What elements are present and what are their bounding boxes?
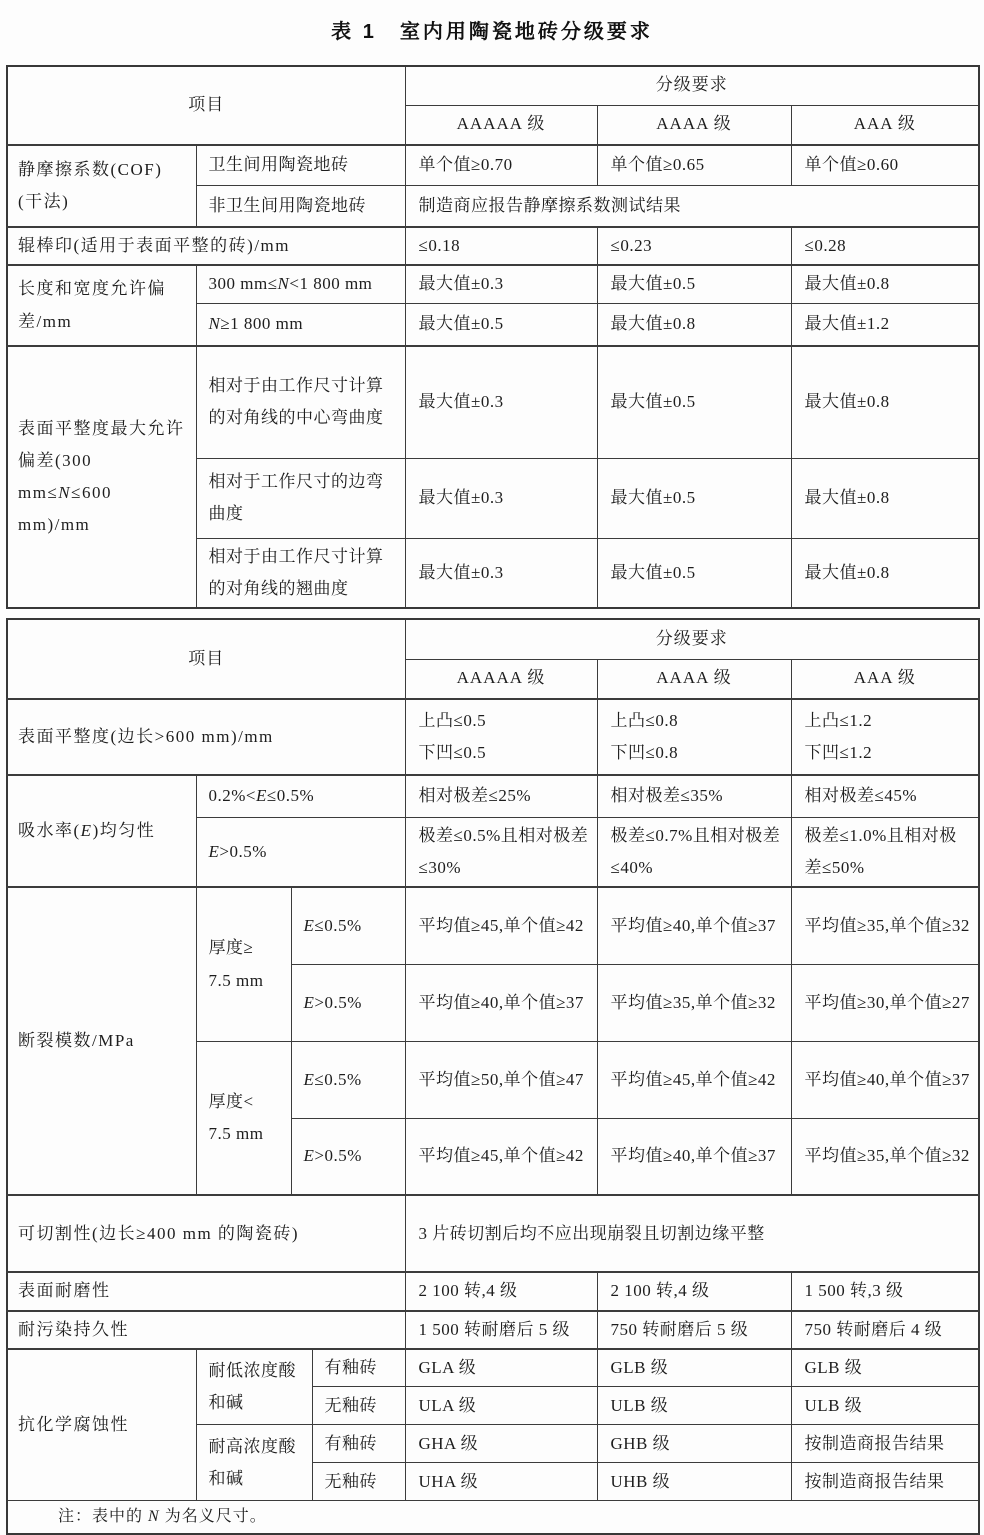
flatness-value-2-2: 最大值±0.8 — [791, 538, 979, 608]
roller-value-0: ≤0.18 — [405, 227, 597, 265]
abrasion-label: 表面耐磨性 — [7, 1272, 405, 1310]
dims-value-1-0: 最大值±0.5 — [405, 303, 597, 346]
modulus-sub-1-0: E≤0.5% — [291, 1041, 405, 1118]
absorption-label: 吸水率(E)均匀性 — [7, 775, 196, 887]
chemical-value-10-2: 按制造商报告结果 — [791, 1425, 979, 1463]
flatness-value-2-0: 最大值±0.3 — [405, 538, 597, 608]
chemical-sub-00: 有釉砖 — [312, 1349, 405, 1387]
table-2: 项目 分级要求 AAAAA 级 AAAA 级 AAA 级 表面平整度(边长>60… — [6, 618, 980, 1535]
chemical-value-01-2: ULB 级 — [791, 1387, 979, 1425]
chemical-value-01-1: ULB 级 — [597, 1387, 791, 1425]
chemical-value-11-1: UHB 级 — [597, 1463, 791, 1501]
chemical-value-11-2: 按制造商报告结果 — [791, 1463, 979, 1501]
table-note: 注：表中的 N 为名义尺寸。 — [7, 1501, 979, 1535]
modulus-label: 断裂模数/MPa — [7, 887, 196, 1195]
t1-header-grade-aaa: AAA 级 — [791, 105, 979, 145]
absorption-value-1-1: 极差≤0.7%且相对极差≤40% — [597, 817, 791, 887]
t1-header-grade-aaaa: AAAA 级 — [597, 105, 791, 145]
modulus-sub-1-1: E>0.5% — [291, 1118, 405, 1195]
flat600-value-0: 上凸≤0.5下凹≤0.5 — [405, 699, 597, 775]
roller-label: 辊棒印(适用于表面平整的砖)/mm — [7, 227, 405, 265]
flatness-value-1-0: 最大值±0.3 — [405, 458, 597, 538]
cof-value-0: 单个值≥0.70 — [405, 145, 597, 185]
modulus-value-00-1: 平均值≥40,单个值≥37 — [597, 887, 791, 964]
absorption-value-0-2: 相对极差≤45% — [791, 775, 979, 817]
flat600-value-1: 上凸≤0.8下凹≤0.8 — [597, 699, 791, 775]
cof-sub-nonbathroom: 非卫生间用陶瓷地砖 — [196, 185, 405, 227]
flat600-label: 表面平整度(边长>600 mm)/mm — [7, 699, 405, 775]
chemical-value-00-2: GLB 级 — [791, 1349, 979, 1387]
dims-value-1-1: 最大值±0.8 — [597, 303, 791, 346]
dims-sub-1: N≥1 800 mm — [196, 303, 405, 346]
modulus-thickness-0: 厚度≥7.5 mm — [196, 887, 291, 1041]
modulus-value-01-2: 平均值≥30,单个值≥27 — [791, 964, 979, 1041]
modulus-value-10-2: 平均值≥40,单个值≥37 — [791, 1041, 979, 1118]
chemical-value-11-0: UHA 级 — [405, 1463, 597, 1501]
dims-value-1-2: 最大值±1.2 — [791, 303, 979, 346]
dims-sub-0: 300 mm≤N<1 800 mm — [196, 265, 405, 303]
chemical-value-10-0: GHA 级 — [405, 1425, 597, 1463]
dims-value-0-2: 最大值±0.8 — [791, 265, 979, 303]
chemical-value-01-0: ULA 级 — [405, 1387, 597, 1425]
modulus-value-01-1: 平均值≥35,单个值≥32 — [597, 964, 791, 1041]
chemical-label: 抗化学腐蚀性 — [7, 1349, 196, 1501]
chemical-value-10-1: GHB 级 — [597, 1425, 791, 1463]
flatness-value-1-1: 最大值±0.5 — [597, 458, 791, 538]
absorption-sub-1: E>0.5% — [196, 817, 405, 887]
flatness-label: 表面平整度最大允许偏差(300 mm≤N≤600 mm)/mm — [7, 346, 196, 608]
flatness-sub-0: 相对于由工作尺寸计算的对角线的中心弯曲度 — [196, 346, 405, 458]
flatness-sub-1: 相对于工作尺寸的边弯曲度 — [196, 458, 405, 538]
chemical-conc-0: 耐低浓度酸和碱 — [196, 1349, 312, 1425]
flatness-value-1-2: 最大值±0.8 — [791, 458, 979, 538]
stain-value-1: 750 转耐磨后 5 级 — [597, 1311, 791, 1349]
roller-value-1: ≤0.23 — [597, 227, 791, 265]
absorption-sub-0: 0.2%<E≤0.5% — [196, 775, 405, 817]
roller-value-2: ≤0.28 — [791, 227, 979, 265]
chemical-value-00-0: GLA 级 — [405, 1349, 597, 1387]
cof-span-value: 制造商应报告静摩擦系数测试结果 — [405, 185, 979, 227]
dims-value-0-0: 最大值±0.3 — [405, 265, 597, 303]
document-page: 表 1 室内用陶瓷地砖分级要求 项目 分级要求 AAAAA 级 AAAA 级 A… — [0, 0, 984, 1535]
cof-label: 静摩擦系数(COF)(干法) — [7, 145, 196, 227]
abrasion-value-2: 1 500 转,3 级 — [791, 1272, 979, 1310]
t1-header-item: 项目 — [7, 66, 405, 145]
absorption-value-1-0: 极差≤0.5%且相对极差≤30% — [405, 817, 597, 887]
stain-label: 耐污染持久性 — [7, 1311, 405, 1349]
stain-value-0: 1 500 转耐磨后 5 级 — [405, 1311, 597, 1349]
chemical-sub-01: 无釉砖 — [312, 1387, 405, 1425]
absorption-value-1-2: 极差≤1.0%且相对极差≤50% — [791, 817, 979, 887]
modulus-value-10-0: 平均值≥50,单个值≥47 — [405, 1041, 597, 1118]
table-title: 表 1 室内用陶瓷地砖分级要求 — [0, 0, 984, 44]
flatness-sub-2: 相对于由工作尺寸计算的对角线的翘曲度 — [196, 538, 405, 608]
chemical-sub-11: 无釉砖 — [312, 1463, 405, 1501]
absorption-value-0-1: 相对极差≤35% — [597, 775, 791, 817]
t1-header-grade-aaaaa: AAAAA 级 — [405, 105, 597, 145]
flat600-value-2: 上凸≤1.2下凹≤1.2 — [791, 699, 979, 775]
abrasion-value-1: 2 100 转,4 级 — [597, 1272, 791, 1310]
chemical-value-00-1: GLB 级 — [597, 1349, 791, 1387]
dims-label: 长度和宽度允许偏差/mm — [7, 265, 196, 346]
t1-header-grading: 分级要求 — [405, 66, 979, 105]
modulus-value-11-1: 平均值≥40,单个值≥37 — [597, 1118, 791, 1195]
modulus-sub-0-0: E≤0.5% — [291, 887, 405, 964]
stain-value-2: 750 转耐磨后 4 级 — [791, 1311, 979, 1349]
t2-header-grade-aaaaa: AAAAA 级 — [405, 659, 597, 699]
cuttability-span-value: 3 片砖切割后均不应出现崩裂且切割边缘平整 — [405, 1195, 979, 1272]
t2-header-item: 项目 — [7, 619, 405, 699]
cof-value-2: 单个值≥0.60 — [791, 145, 979, 185]
flatness-value-0-2: 最大值±0.8 — [791, 346, 979, 458]
modulus-value-00-0: 平均值≥45,单个值≥42 — [405, 887, 597, 964]
modulus-sub-0-1: E>0.5% — [291, 964, 405, 1041]
flatness-value-0-1: 最大值±0.5 — [597, 346, 791, 458]
t2-header-grading: 分级要求 — [405, 619, 979, 659]
cof-sub-bathroom: 卫生间用陶瓷地砖 — [196, 145, 405, 185]
flatness-value-2-1: 最大值±0.5 — [597, 538, 791, 608]
t2-header-grade-aaa: AAA 级 — [791, 659, 979, 699]
modulus-value-00-2: 平均值≥35,单个值≥32 — [791, 887, 979, 964]
abrasion-value-0: 2 100 转,4 级 — [405, 1272, 597, 1310]
modulus-value-10-1: 平均值≥45,单个值≥42 — [597, 1041, 791, 1118]
cof-value-1: 单个值≥0.65 — [597, 145, 791, 185]
modulus-value-11-0: 平均值≥45,单个值≥42 — [405, 1118, 597, 1195]
absorption-value-0-0: 相对极差≤25% — [405, 775, 597, 817]
table-1: 项目 分级要求 AAAAA 级 AAAA 级 AAA 级 静摩擦系数(COF)(… — [6, 65, 980, 609]
cuttability-label: 可切割性(边长≥400 mm 的陶瓷砖) — [7, 1195, 405, 1272]
chemical-sub-10: 有釉砖 — [312, 1425, 405, 1463]
modulus-value-11-2: 平均值≥35,单个值≥32 — [791, 1118, 979, 1195]
flatness-value-0-0: 最大值±0.3 — [405, 346, 597, 458]
modulus-value-01-0: 平均值≥40,单个值≥37 — [405, 964, 597, 1041]
modulus-thickness-1: 厚度<7.5 mm — [196, 1041, 291, 1195]
t2-header-grade-aaaa: AAAA 级 — [597, 659, 791, 699]
chemical-conc-1: 耐高浓度酸和碱 — [196, 1425, 312, 1501]
dims-value-0-1: 最大值±0.5 — [597, 265, 791, 303]
